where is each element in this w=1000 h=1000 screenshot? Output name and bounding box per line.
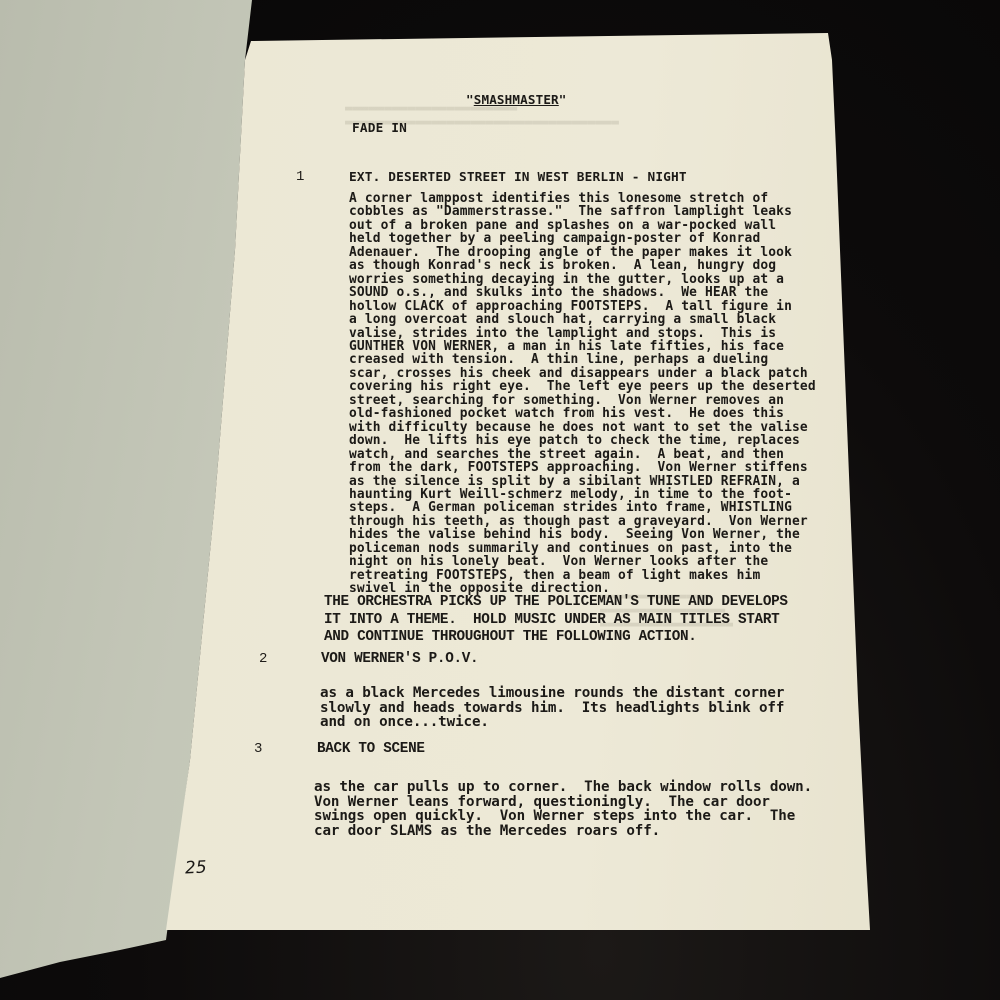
scene-1-action-line: through his teeth, as though past a grav… bbox=[349, 515, 816, 528]
scene-number-3: 3 bbox=[254, 741, 262, 757]
scene-3-action-line: swings open quickly. Von Werner steps in… bbox=[314, 809, 812, 824]
scene-1-action-line: retreating FOOTSTEPS, then a beam of lig… bbox=[349, 569, 816, 582]
scene-1-action-line: night on his lonely beat. Von Werner loo… bbox=[349, 555, 816, 568]
scene-1-action-line: SOUND o.s., and skulks into the shadows.… bbox=[349, 286, 816, 299]
scene-1-action-line: from the dark, FOOTSTEPS approaching. Vo… bbox=[349, 461, 816, 474]
scene-heading-2: VON WERNER'S P.O.V. bbox=[321, 651, 478, 669]
scene-1-action-line: covering his right eye. The left eye pee… bbox=[349, 380, 816, 393]
scene-heading-1: EXT. DESERTED STREET IN WEST BERLIN - NI… bbox=[349, 170, 687, 185]
scene-1-action-line: cobbles as "Dammerstrasse." The saffron … bbox=[349, 205, 816, 218]
scene-1-action-line: hides the valise behind his body. Seeing… bbox=[349, 528, 816, 541]
handwritten-page-number: 25 bbox=[184, 857, 207, 878]
scene-1-action-line: out of a broken pane and splashes on a w… bbox=[349, 219, 816, 232]
scene-2-action-line: as a black Mercedes limousine rounds the… bbox=[320, 686, 784, 701]
music-cue-line: THE ORCHESTRA PICKS UP THE POLICEMAN'S T… bbox=[324, 594, 788, 612]
script-title: "SMASHMASTER" bbox=[466, 92, 567, 107]
scene-heading-3: BACK TO SCENE bbox=[317, 741, 425, 759]
script-title-text: SMASHMASTER bbox=[474, 92, 559, 107]
scene-1-action-line: scar, crosses his cheek and disappears u… bbox=[349, 367, 816, 380]
fade-in-transition: FADE IN bbox=[352, 121, 407, 136]
scene-1-action-line: as though Konrad's neck is broken. A lea… bbox=[349, 259, 816, 272]
scene-1-action-line: policeman nods summarily and continues o… bbox=[349, 542, 816, 555]
scene-1-action-line: with difficulty because he does not want… bbox=[349, 421, 816, 434]
scene-1-action-line: haunting Kurt Weill-schmerz melody, in t… bbox=[349, 488, 816, 501]
music-cue-line: AND CONTINUE THROUGHOUT THE FOLLOWING AC… bbox=[324, 629, 788, 647]
music-cue: THE ORCHESTRA PICKS UP THE POLICEMAN'S T… bbox=[324, 594, 788, 647]
scene-1-action-line: A corner lamppost identifies this loneso… bbox=[349, 192, 816, 205]
scene-1-action-line: hollow CLACK of approaching FOOTSTEPS. A… bbox=[349, 300, 816, 313]
scene-1-action-line: street, searching for something. Von Wer… bbox=[349, 394, 816, 407]
scene-1-action-line: worries something decaying in the gutter… bbox=[349, 273, 816, 286]
scene-3-action-line: as the car pulls up to corner. The back … bbox=[314, 780, 812, 795]
scene-3-action: as the car pulls up to corner. The back … bbox=[314, 780, 812, 838]
scene-1-action: A corner lamppost identifies this loneso… bbox=[349, 192, 816, 596]
scene-1-action-line: GUNTHER VON WERNER, a man in his late fi… bbox=[349, 340, 816, 353]
scene-2-action-line: and on once...twice. bbox=[320, 715, 784, 730]
scene-1-action-line: as the silence is split by a sibilant WH… bbox=[349, 475, 816, 488]
scene-1-action-line: watch, and searches the street again. A … bbox=[349, 448, 816, 461]
scene-1-action-line: valise, strides into the lamplight and s… bbox=[349, 327, 816, 340]
scene-2-action: as a black Mercedes limousine rounds the… bbox=[320, 686, 784, 730]
music-cue-line: IT INTO A THEME. HOLD MUSIC UNDER AS MAI… bbox=[324, 612, 788, 630]
scene-number-1: 1 bbox=[296, 169, 304, 185]
scene-1-action-line: a long overcoat and slouch hat, carrying… bbox=[349, 313, 816, 326]
scene-1-action-line: Adenauer. The drooping angle of the pape… bbox=[349, 246, 816, 259]
scene-3-action-line: Von Werner leans forward, questioningly.… bbox=[314, 795, 812, 810]
scene-number-2: 2 bbox=[259, 651, 267, 667]
scene-1-action-line: held together by a peeling campaign-post… bbox=[349, 232, 816, 245]
scene-1-action-line: old-fashioned pocket watch from his vest… bbox=[349, 407, 816, 420]
scene-2-action-line: slowly and heads towards him. Its headli… bbox=[320, 701, 784, 716]
scene-3-action-line: car door SLAMS as the Mercedes roars off… bbox=[314, 824, 812, 839]
photo-scene: ▬▬▬▬▬▬▬▬▬▬▬▬▬▬▬▬▬▬▬▬▬▬ ▬▬▬▬▬▬▬▬▬▬▬▬▬▬▬▬▬… bbox=[0, 0, 1000, 1000]
scene-1-action-line: creased with tension. A thin line, perha… bbox=[349, 353, 816, 366]
scene-1-action-line: down. He lifts his eye patch to check th… bbox=[349, 434, 816, 447]
scene-1-action-line: steps. A German policeman strides into f… bbox=[349, 501, 816, 514]
